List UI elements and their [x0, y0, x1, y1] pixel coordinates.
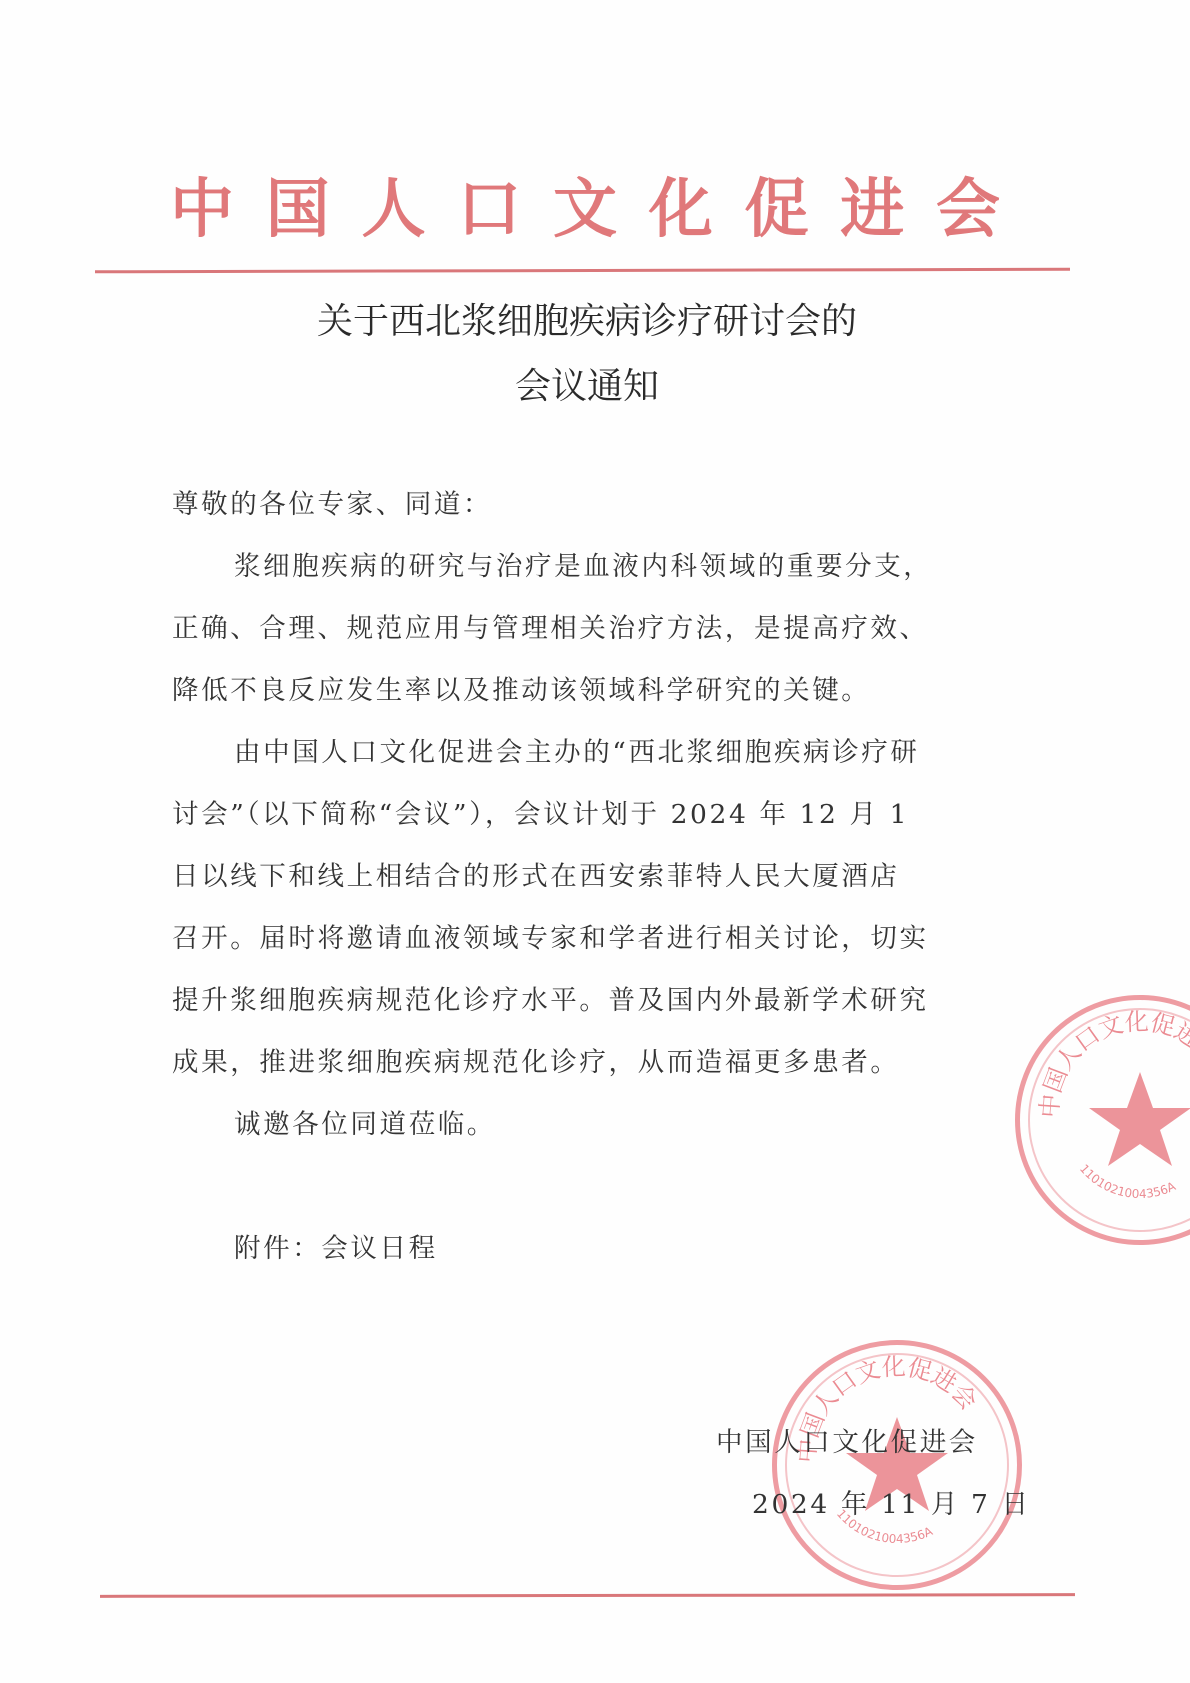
document-page: 中 国 人 口 文 化 促 进 会 关于西北浆细胞疾病诊疗研讨会的 会议通知 尊… [0, 0, 1190, 1683]
letterhead-char: 口 [457, 170, 521, 250]
footer-divider [100, 1593, 1075, 1598]
letterhead-char: 国 [266, 170, 330, 250]
paragraph-line: 降低不良反应发生率以及推动该领域科学研究的关键。 [172, 660, 1012, 722]
letterhead-char: 文 [553, 170, 617, 250]
signature-date: 2024 年 11 月 7 日 [752, 1482, 1031, 1521]
paragraph-meeting-details: 由中国人口文化促进会主办的“西北浆细胞疾病诊疗研 讨会”（以下简称“会议”），会… [172, 722, 1012, 1094]
document-title-line2: 会议通知 [0, 358, 1182, 409]
letterhead-divider [95, 268, 1070, 274]
signature-organization: 中国人口文化促进会 [716, 1420, 978, 1459]
letterhead-char: 中 [170, 170, 234, 250]
paragraph-line: 提升浆细胞疾病规范化诊疗水平。普及国内外最新学术研究 [172, 970, 1012, 1032]
letterhead-title: 中 国 人 口 文 化 促 进 会 [170, 170, 1000, 250]
svg-text:中国人口文化促进会: 中国人口文化促进会 [1035, 1008, 1190, 1119]
letterhead-char: 会 [936, 170, 1000, 250]
seal-star-icon: 中国人口文化促进会 1101021004356A [777, 1345, 1017, 1585]
paragraph-invitation: 诚邀各位同道莅临。 [172, 1094, 1012, 1156]
paragraph-line: 诚邀各位同道莅临。 [172, 1094, 1012, 1156]
paragraph-line: 成果，推进浆细胞疾病规范化诊疗，从而造福更多患者。 [172, 1032, 1012, 1094]
letterhead-char: 促 [745, 170, 809, 250]
document-title-line1: 关于西北浆细胞疾病诊疗研讨会的 [0, 293, 1182, 344]
svg-text:1101021004356A: 1101021004356A [1077, 1162, 1179, 1201]
paragraph-line: 日以线下和线上相结合的形式在西安索菲特人民大厦酒店 [172, 846, 1012, 908]
salutation: 尊敬的各位专家、同道： [172, 474, 1012, 536]
official-seal-icon: 中国人口文化促进会 1101021004356A [772, 1340, 1022, 1590]
paragraph-line: 讨会”（以下简称“会议”），会议计划于 2024 年 12 月 1 [172, 784, 1012, 846]
official-seal-icon: 中国人口文化促进会 1101021004356A [1015, 995, 1190, 1245]
paragraph-intro: 浆细胞疾病的研究与治疗是血液内科领域的重要分支， 正确、合理、规范应用与管理相关… [172, 536, 1012, 722]
paragraph-line: 由中国人口文化促进会主办的“西北浆细胞疾病诊疗研 [172, 722, 1012, 784]
attachment-note: 附件：会议日程 [234, 1218, 1074, 1280]
paragraph-line: 召开。届时将邀请血液领域专家和学者进行相关讨论，切实 [172, 908, 1012, 970]
paragraph-line: 浆细胞疾病的研究与治疗是血液内科领域的重要分支， [172, 536, 1012, 598]
letterhead-char: 人 [362, 170, 426, 250]
paragraph-line: 正确、合理、规范应用与管理相关治疗方法，是提高疗效、 [172, 598, 1012, 660]
letterhead-char: 化 [649, 170, 713, 250]
letterhead-char: 进 [840, 170, 904, 250]
seal-star-icon: 中国人口文化促进会 1101021004356A [1020, 1000, 1190, 1240]
